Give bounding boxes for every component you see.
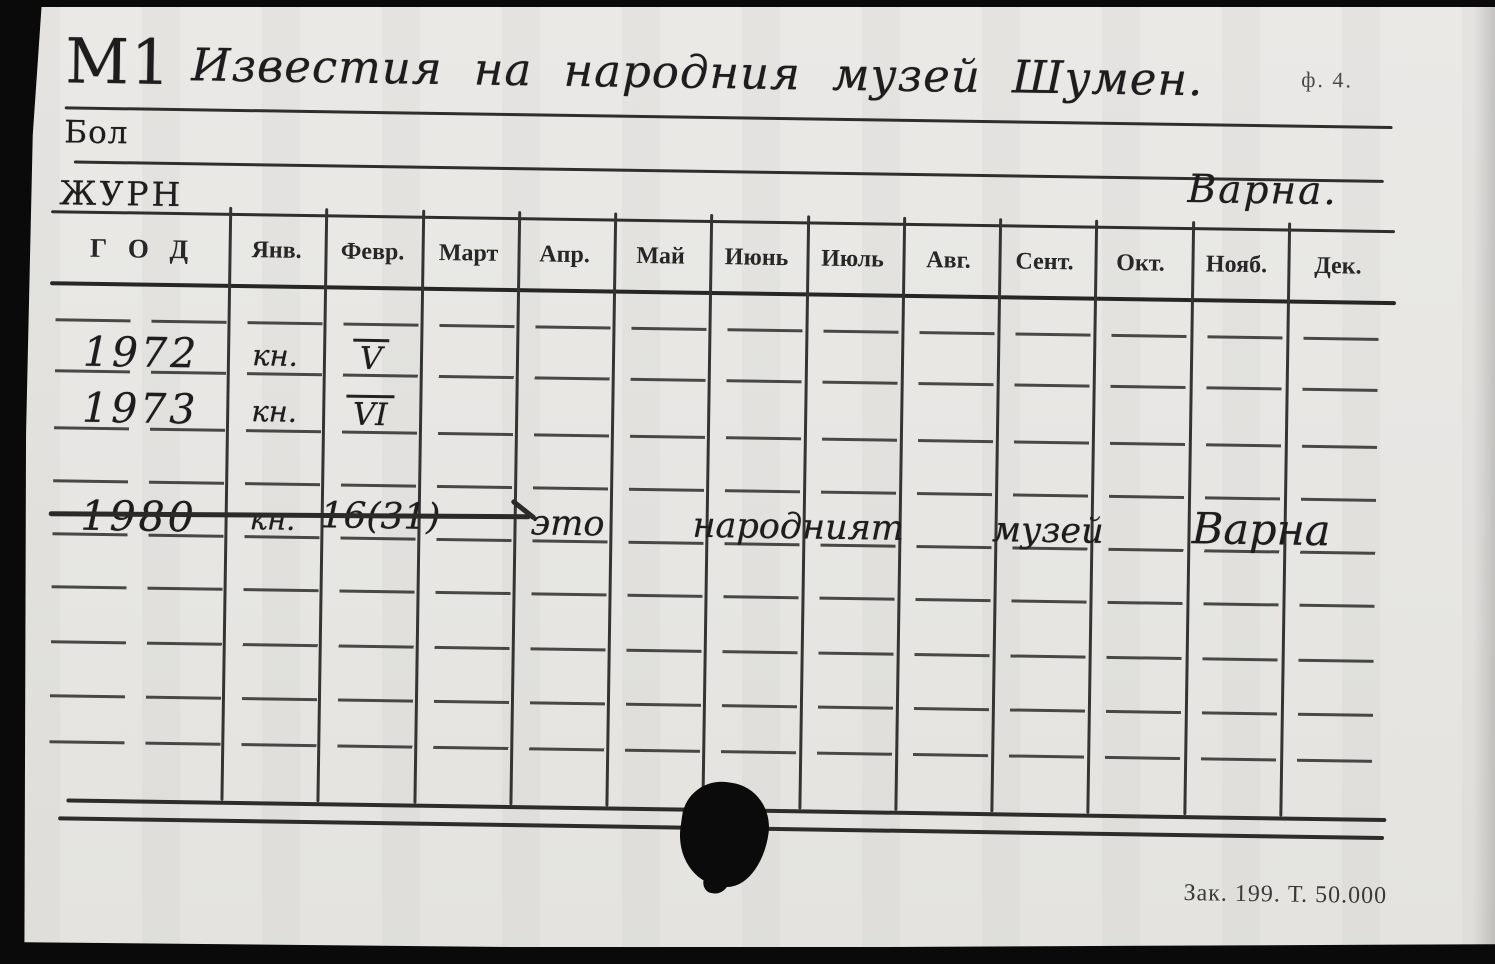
issue-value-cell: V	[353, 339, 390, 376]
issue-value-cell: VI	[346, 395, 395, 432]
card-title: Известия на народния музей Шумен.	[191, 38, 1204, 106]
material-type-label: ЖУРН	[59, 173, 183, 214]
table-header-month: Апр.	[516, 225, 613, 284]
language-label: Бол	[64, 114, 129, 151]
card-content: М1 Известия на народния музей Шумен. ф. …	[27, 20, 1460, 941]
table-header-year: Г О Д	[56, 218, 229, 279]
scanned-catalog-card: М1 Известия на народния музей Шумен. ф. …	[0, 0, 1495, 964]
table-header-month: Сент.	[996, 232, 1093, 291]
issue-value-cell: 16(31)	[320, 498, 440, 540]
scan-edge-top	[0, 0, 1495, 7]
form-number: ф. 4.	[1301, 67, 1353, 94]
table-header-month: Июнь	[708, 228, 805, 287]
table-header-month: Нояб.	[1188, 235, 1285, 294]
year-cell: 1973	[82, 390, 199, 429]
table-header-month: Авг.	[900, 231, 997, 290]
annotation-word: музей	[992, 513, 1104, 550]
issue-label-cell: кн.	[252, 341, 298, 374]
table-header-month: Июль	[804, 229, 901, 288]
table-header-month: Май	[612, 227, 709, 286]
table-header-month: Март	[420, 224, 517, 283]
imprint-note: Зак. 199. Т. 50.000	[1075, 878, 1387, 910]
table-header-month: Дек.	[1284, 236, 1392, 296]
city-note: Варна.	[1187, 167, 1338, 214]
table-header-month: Окт.	[1092, 234, 1189, 293]
table-header-month: Февр.	[324, 222, 421, 281]
annotation-word: Варна	[1191, 508, 1330, 553]
annotation-word: народният	[692, 509, 904, 547]
table-header-month: Янв.	[228, 221, 325, 280]
issue-label-cell: кн.	[251, 397, 297, 430]
ink-blot	[673, 777, 774, 892]
shelf-code: М1	[65, 24, 173, 99]
issue-label-cell: кн.	[250, 505, 296, 538]
year-cell: 1972	[83, 334, 200, 373]
year-cell: 1980	[80, 498, 197, 537]
annotation-word: это	[530, 506, 604, 542]
title-rule	[65, 106, 1393, 129]
